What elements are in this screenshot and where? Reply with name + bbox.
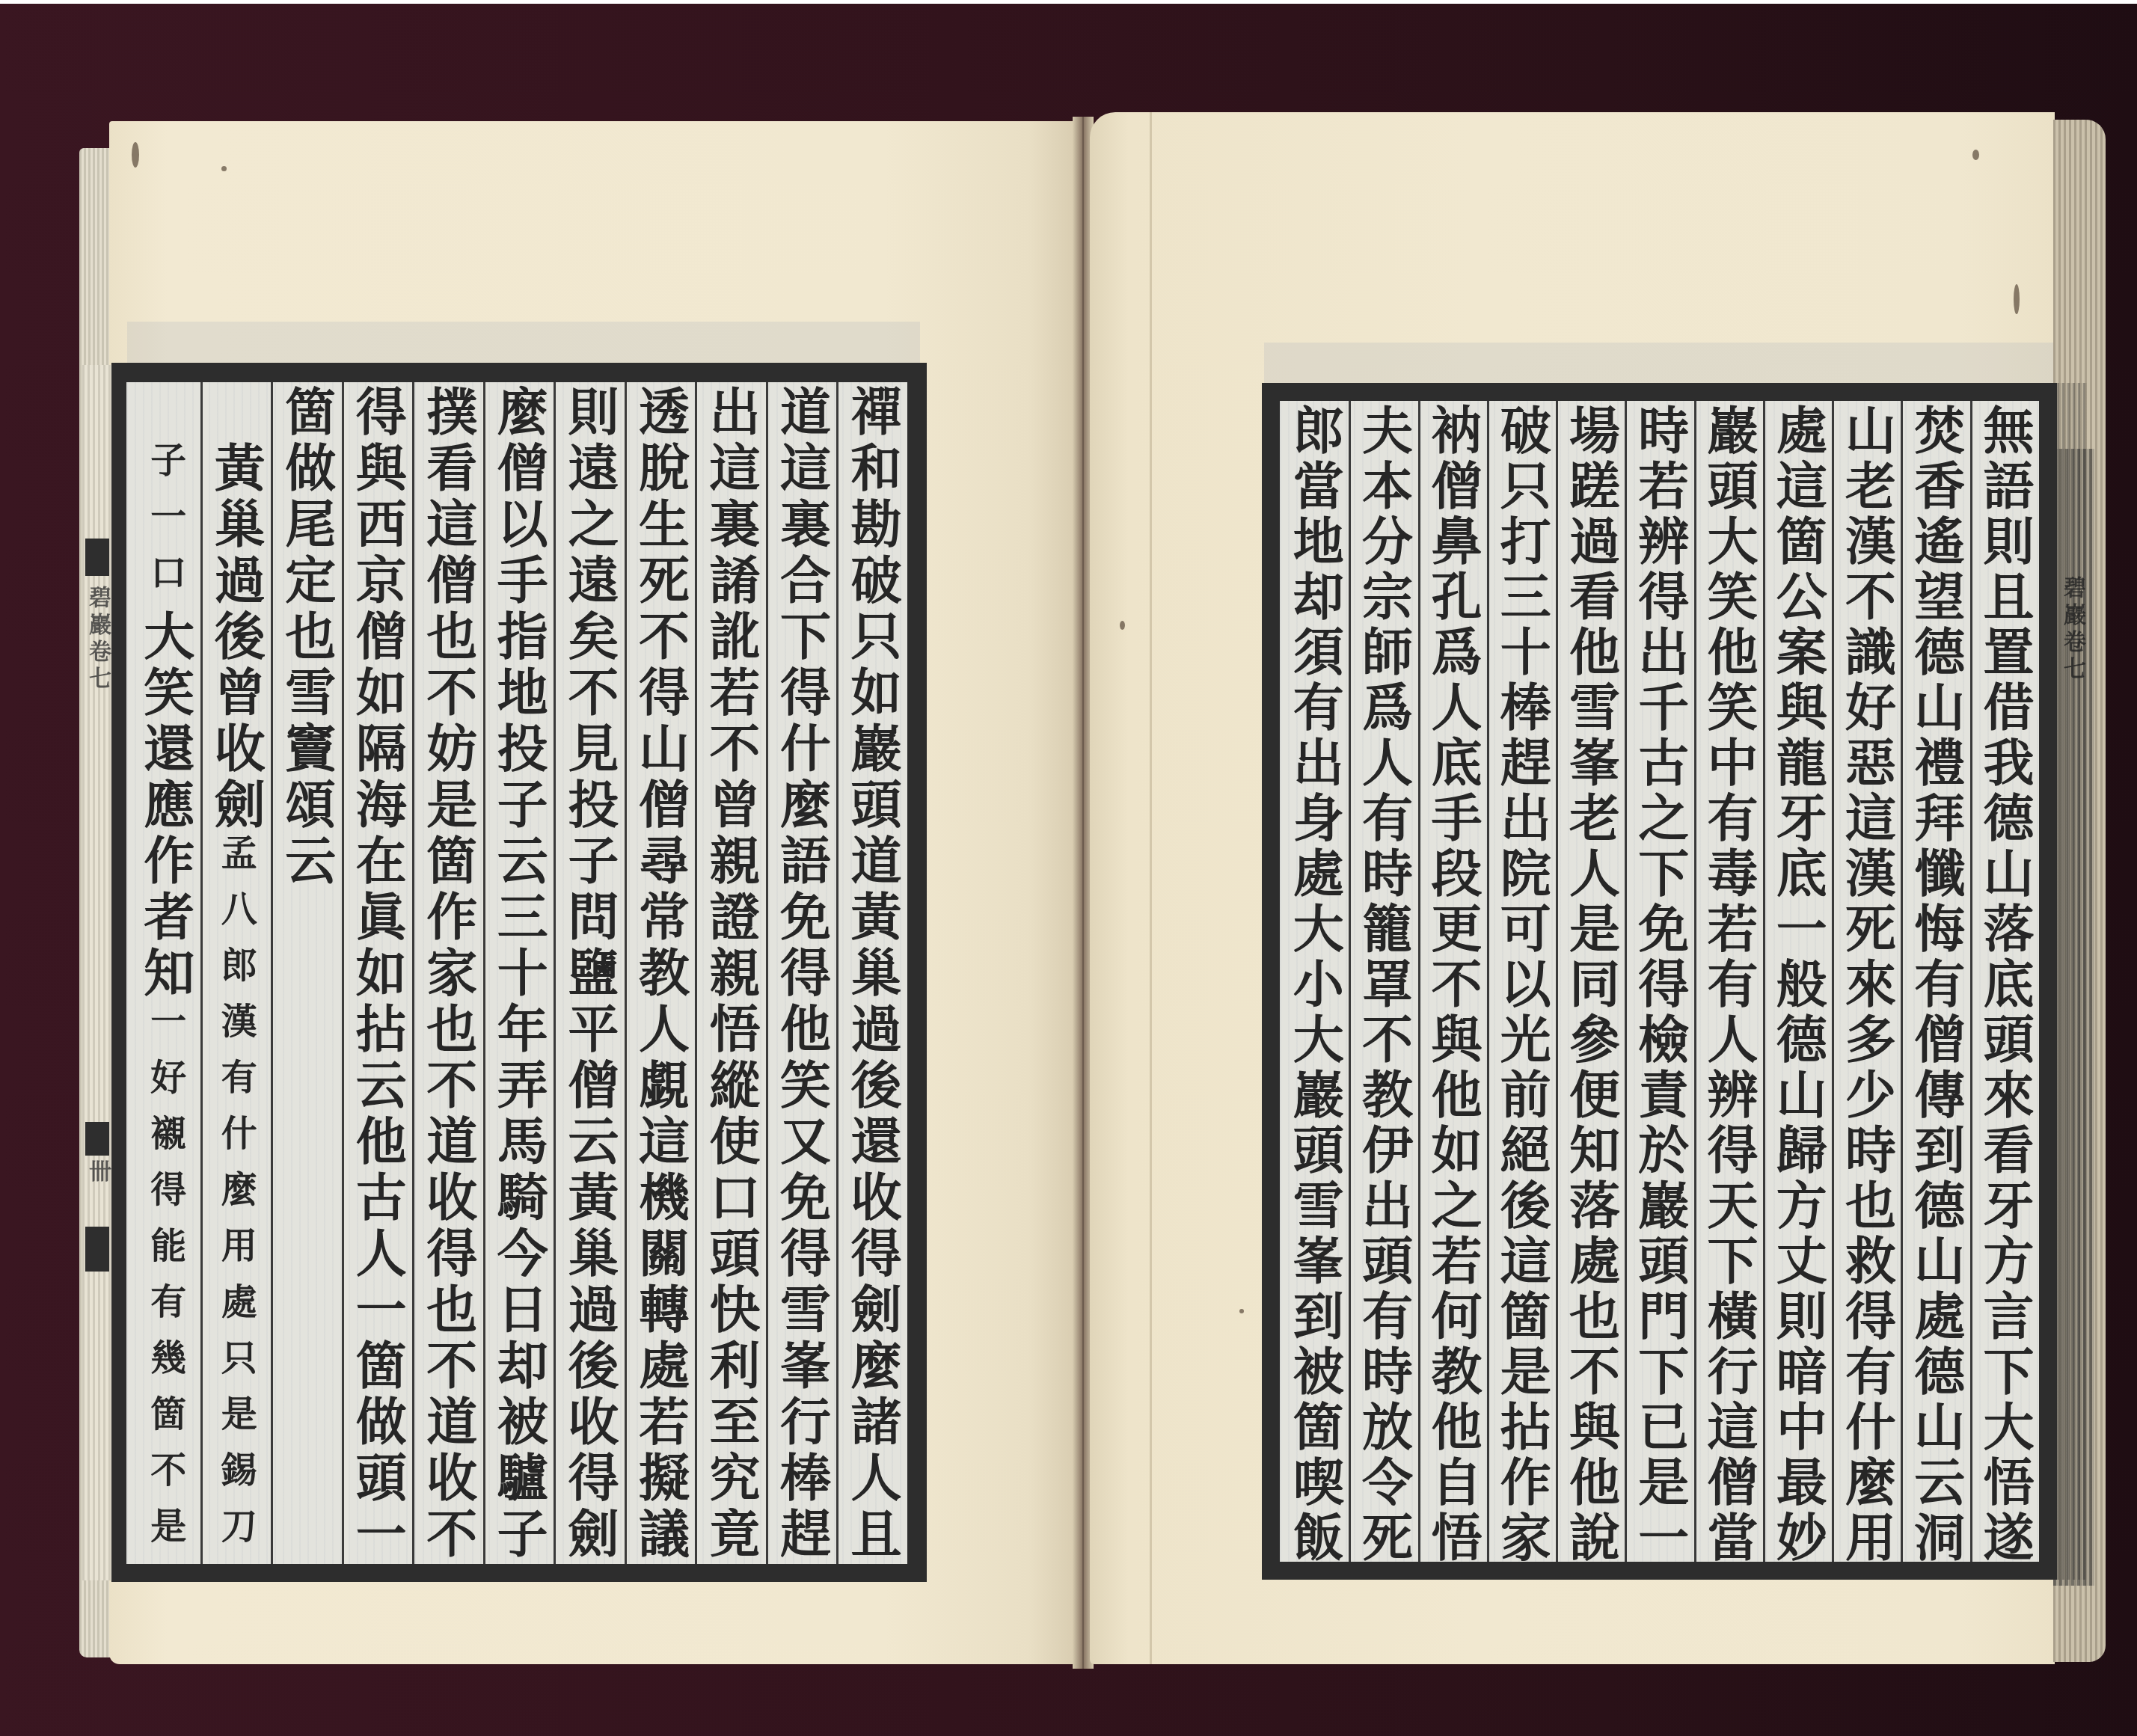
text-column: 夫本分宗師爲人有時籠罩不教伊出頭有時放令死 <box>1349 401 1417 1562</box>
scan-top-edge <box>0 0 2137 4</box>
text-column: 破只打三十棒趕出院可以光前絕後這箇是拈作家 <box>1487 401 1556 1562</box>
text-column: 時若辨得出千古之下免得檢責於巖頭門下已是一 <box>1625 401 1693 1562</box>
text-column: 衲僧鼻孔爲人底手段更不與他如之若何教他自悟 <box>1418 401 1487 1562</box>
fold-title-label: 碧巖卷七 <box>2058 576 2085 684</box>
verse-column: 子一口大笑還應作者知一好襯得能有幾箇不是 <box>129 382 200 1564</box>
worm-hole-mark <box>132 142 139 168</box>
fold-page-number: 卌 <box>84 1159 111 1186</box>
left-fold-margin: 碧巖卷七 卌 <box>82 365 112 1580</box>
text-column: 透脫生死不得山僧尋常教人覷這機關轉處若擬議 <box>625 382 696 1564</box>
text-column: 撲看這僧也不妨是箇作家也不道收得也不道收不 <box>412 382 483 1564</box>
commentary-text: 子一口 <box>144 441 186 610</box>
fish-tail-mark <box>85 1227 109 1272</box>
text-column: 麼僧以手指地投子云三十年弄馬騎今日却被驢子 <box>483 382 554 1564</box>
show-through-tint <box>127 322 920 363</box>
text-column: 出這裏誵訛若不曾親證親悟縱使口頭快利至究竟 <box>695 382 766 1564</box>
commentary-text: 一好襯得能有幾箇不是 <box>144 1002 186 1563</box>
text-column: 山老漢不識好惡這漢死來多少時也救得有什麼用 <box>1832 401 1901 1562</box>
worm-hole-mark <box>1120 621 1125 630</box>
fish-tail-mark <box>85 1122 109 1156</box>
commentary-text: 孟八郎漢有什麼用處只是錫刀 <box>215 834 257 1563</box>
right-fold-margin: 碧巖卷七 <box>2057 383 2087 1580</box>
text-column: 無語則且置借我德山落底頭來看牙方言下大悟遂 <box>1970 401 2039 1562</box>
text-column: 郎當地却須有出身處大小大巖頭雪峯到被箇喫飯 <box>1280 401 1349 1562</box>
text-column: 焚香遙望德山禮拜懺悔有僧傳到德山處德山云洞 <box>1901 401 1969 1562</box>
worm-hole-mark <box>2014 284 2020 314</box>
verse-column: 黃巢過後曾收劍孟八郎漢有什麼用處只是錫刀 <box>200 382 272 1564</box>
left-text-block: 禪和勘破只如巖頭道黃巢過後還收得劍麼諸人且 道這裏合下得什麼語免得他笑又免得雪峯… <box>111 363 927 1582</box>
text-column: 則遠之遠矣不見投子問鹽平僧云黃巢過後收得劍 <box>554 382 625 1564</box>
text-column: 場蹉過看他雪峯老人是同參便知落處也不與他說 <box>1556 401 1625 1562</box>
worm-hole-mark <box>1239 1309 1244 1313</box>
text-column: 道這裏合下得什麼語免得他笑又免得雪峯行棒趕 <box>766 382 837 1564</box>
fold-title-label: 碧巖卷七 <box>84 586 111 693</box>
text-column: 得與西京僧如隔海在眞如拈云他古人一箇做頭一 <box>342 382 413 1564</box>
verse-text: 黃巢過後曾收劍 <box>206 441 266 834</box>
page-crease <box>1150 112 1152 1664</box>
verse-text: 大笑還應作者知 <box>135 610 195 1002</box>
worm-hole-mark <box>1972 150 1979 160</box>
text-column: 禪和勘破只如巖頭道黃巢過後還收得劍麼諸人且 <box>836 382 907 1564</box>
show-through-tint <box>1264 343 2053 383</box>
fish-tail-mark <box>85 539 109 576</box>
worm-hole-mark <box>221 166 227 171</box>
text-column: 箇做尾定也雪竇頌云 <box>271 382 342 1564</box>
text-column: 處這箇公案與龍牙底一般德山歸方丈則暗中最妙 <box>1763 401 1832 1562</box>
text-column: 巖頭大笑他笑中有毒若有人辨得天下橫行這僧當 <box>1694 401 1763 1562</box>
right-text-block: 無語則且置借我德山落底頭來看牙方言下大悟遂 焚香遙望德山禮拜懺悔有僧傳到德山處德… <box>1262 383 2057 1580</box>
